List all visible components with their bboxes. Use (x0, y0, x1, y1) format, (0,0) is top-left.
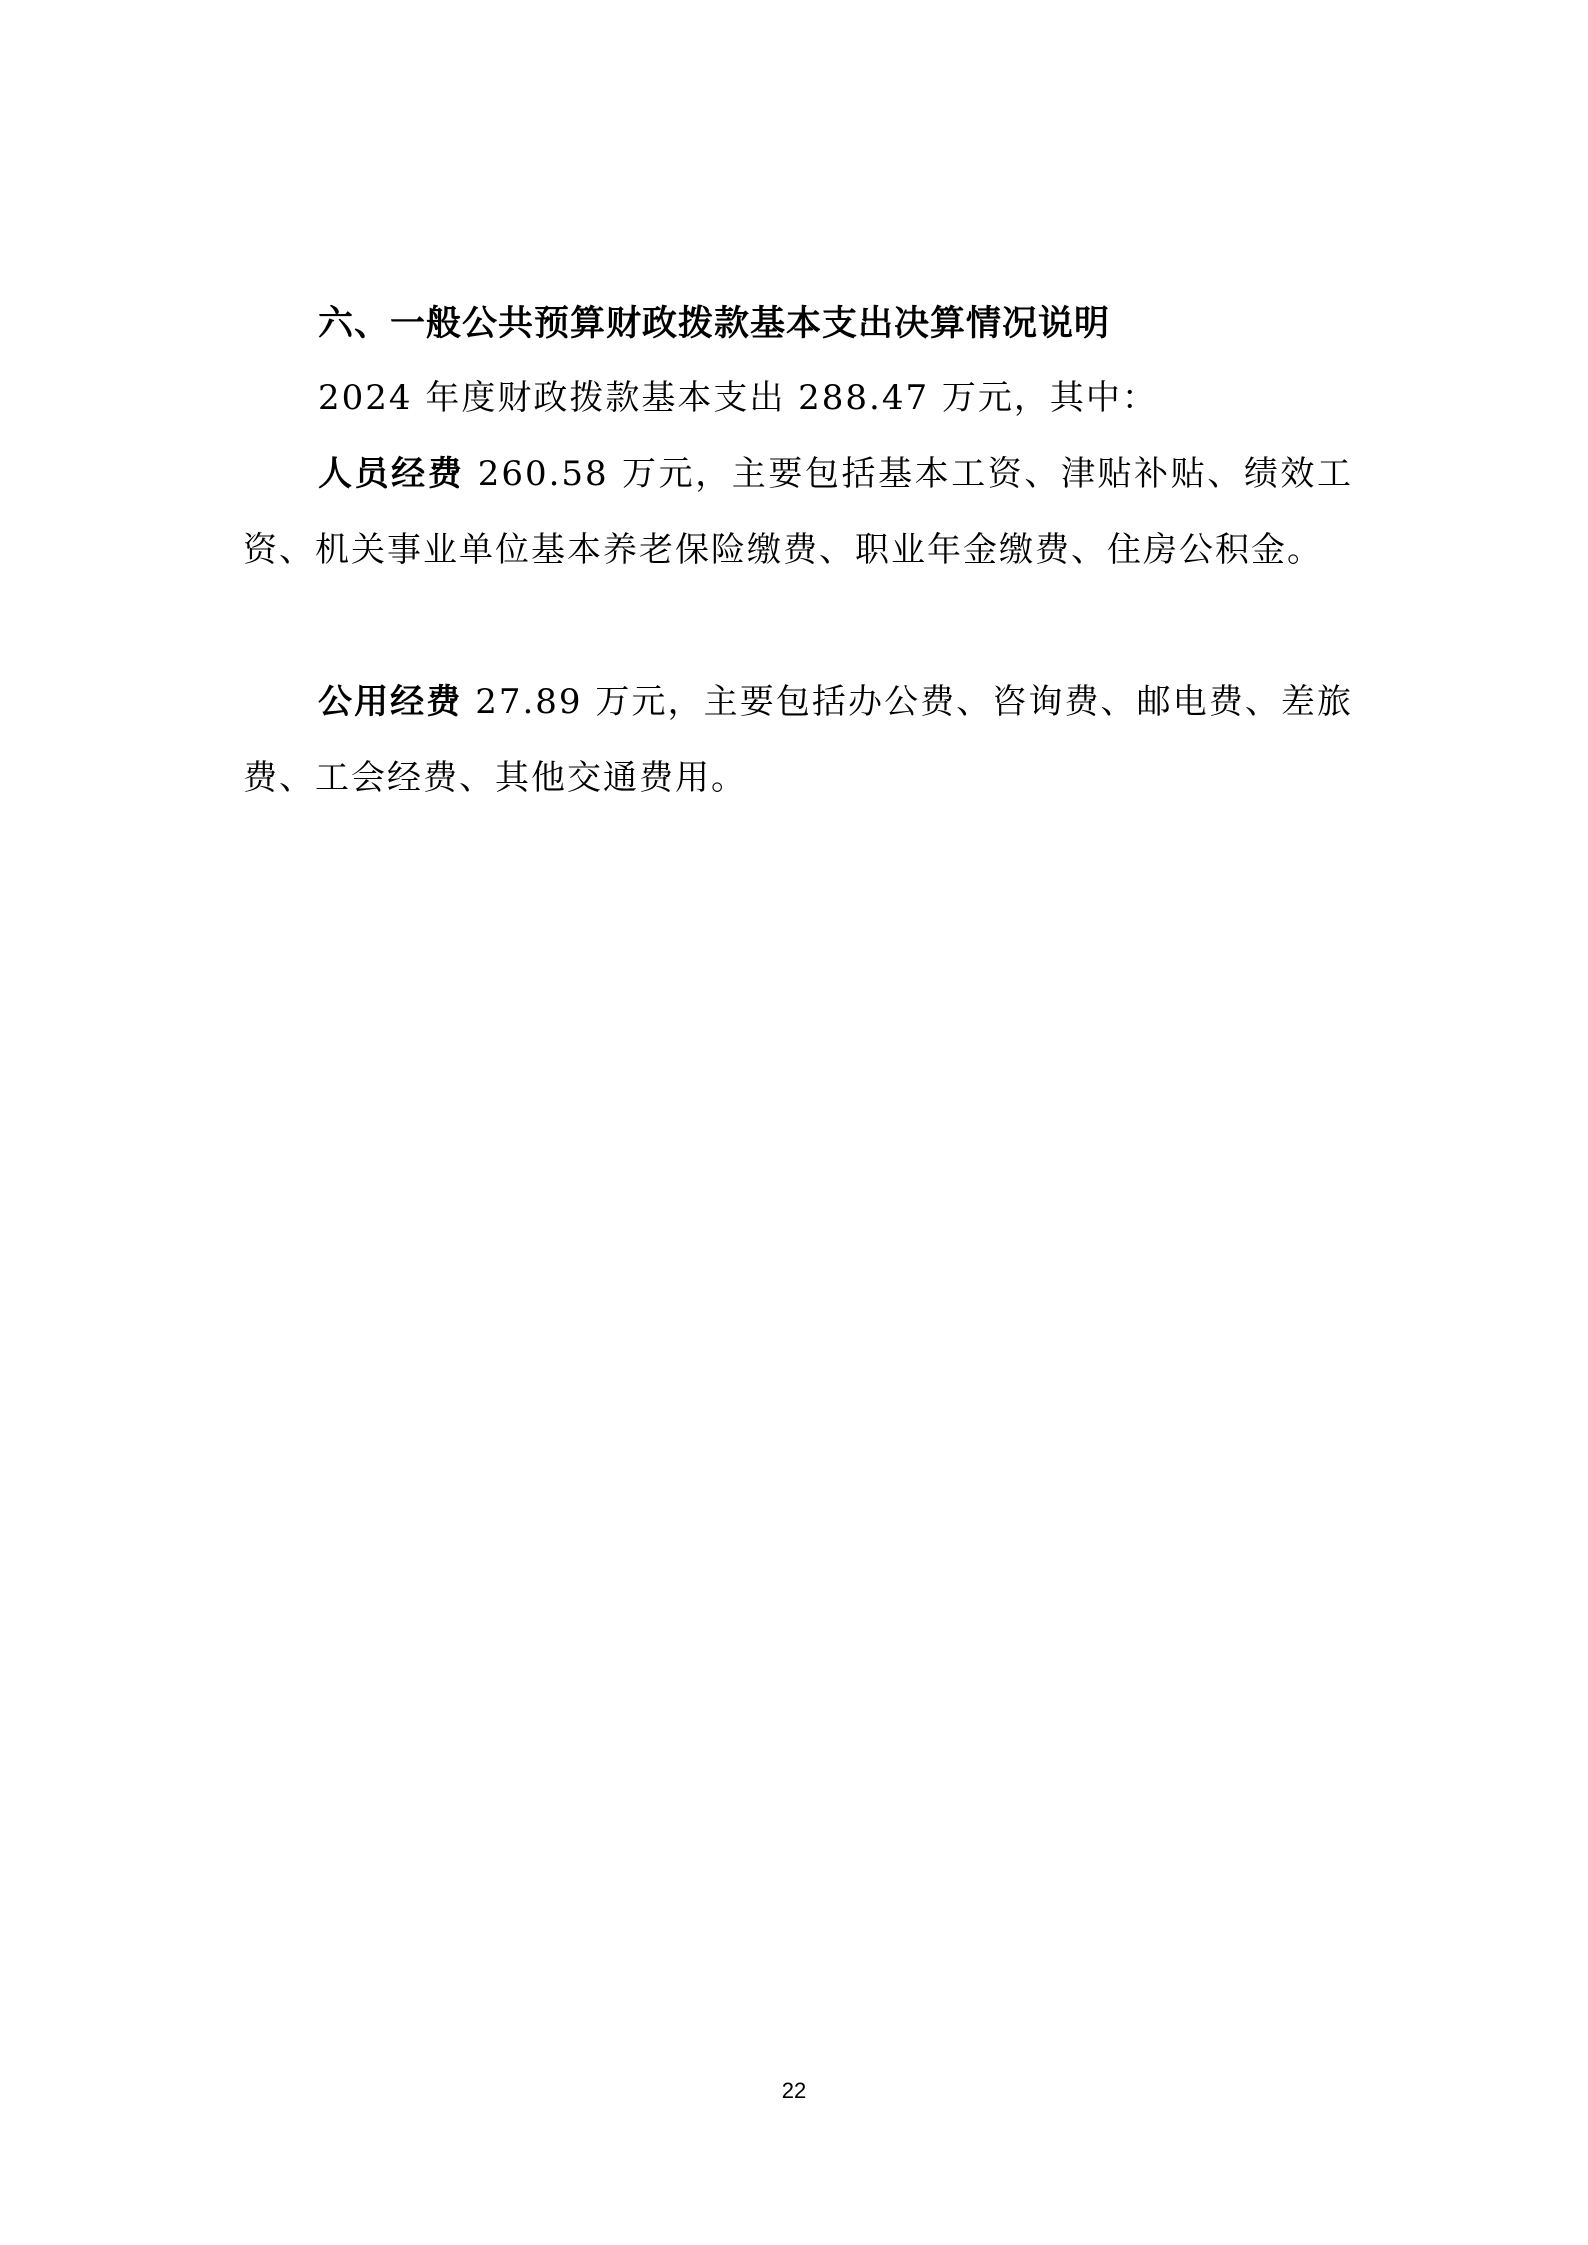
public-expense-label: 公用经费 (318, 682, 462, 722)
intro-paragraph: 2024 年度财政拨款基本支出 288.47 万元，其中： (243, 360, 1353, 436)
public-expense-paragraph: 公用经费 27.89 万元，主要包括办公费、咨询费、邮电费、差旅费、工会经费、其… (243, 664, 1353, 816)
personnel-expense-label: 人员经费 (318, 454, 464, 494)
document-page: 六、一般公共预算财政拨款基本支出决算情况说明 2024 年度财政拨款基本支出 2… (0, 0, 1588, 2245)
section-heading: 六、一般公共预算财政拨款基本支出决算情况说明 (318, 296, 1110, 346)
personnel-expense-paragraph: 人员经费 260.58 万元，主要包括基本工资、津贴补贴、绩效工资、机关事业单位… (243, 436, 1353, 588)
page-number: 22 (0, 2078, 1588, 2104)
